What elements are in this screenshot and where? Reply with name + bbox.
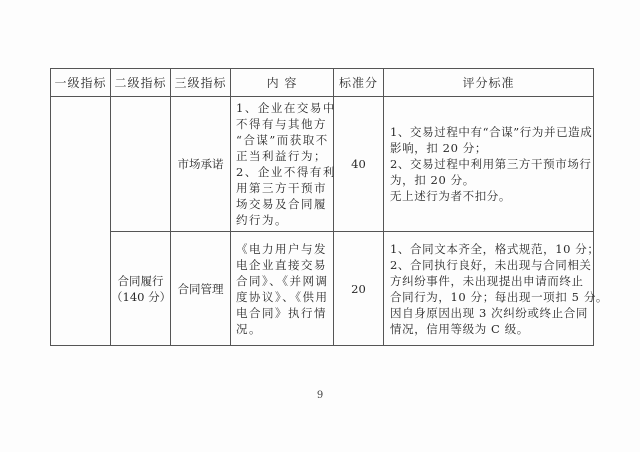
criteria-line: 2、合同执行良好，未出现与合同相关	[390, 257, 589, 273]
header-standard-score: 标准分	[334, 69, 384, 97]
content-cell: 1、企业在交易中 不得有与其他方 “合谋”而获取不 正当利益行为； 2、企业不得…	[231, 97, 334, 232]
level2-points: （140 分）	[111, 289, 170, 305]
table-header-row: 一级指标 二级指标 三级指标 内 容 标准分 评分标准	[51, 69, 594, 97]
content-line: 况。	[236, 321, 329, 337]
header-content: 内 容	[231, 69, 334, 97]
content-line: 《电力用户与发	[236, 241, 329, 257]
content-line: 电企业直接交易	[236, 257, 329, 273]
content-line: 场交易及合同履	[236, 196, 329, 212]
criteria-line: 为，扣 20 分。	[390, 172, 589, 188]
criteria-line: 1、交易过程中有“合谋”行为并已造成	[390, 124, 589, 140]
scoring-criteria-table: 一级指标 二级指标 三级指标 内 容 标准分 评分标准 市场承诺 1、企业在交易…	[50, 68, 594, 346]
content-line: “合谋”而获取不	[236, 132, 329, 148]
content-line: 不得有与其他方	[236, 116, 329, 132]
header-level2-indicator: 二级指标	[111, 69, 171, 97]
content-line: 合同》、《并网调	[236, 273, 329, 289]
header-level1-indicator: 一级指标	[51, 69, 111, 97]
criteria-line: 方纠纷事件，未出现提出申请而终止	[390, 273, 589, 289]
criteria-line: 无上述行为者不扣分。	[390, 188, 589, 204]
level2-cell-contract-performance: 合同履行 （140 分）	[111, 232, 171, 346]
criteria-cell: 1、合同文本齐全，格式规范，10 分； 2、合同执行良好，未出现与合同相关 方纠…	[384, 232, 594, 346]
content-cell: 《电力用户与发 电企业直接交易 合同》、《并网调 度协议》、《供用 电合同》执行…	[231, 232, 334, 346]
level2-label: 合同履行	[111, 273, 170, 289]
content-line: 正当利益行为；	[236, 148, 329, 164]
content-line: 用第三方干预市	[236, 180, 329, 196]
criteria-line: 合同行为，10 分；每出现一项扣 5 分。	[390, 289, 589, 305]
content-line: 2、企业不得有利	[236, 164, 329, 180]
level3-cell-contract-management: 合同管理	[171, 232, 231, 346]
content-line: 电合同》执行情	[236, 305, 329, 321]
document-page: 一级指标 二级指标 三级指标 内 容 标准分 评分标准 市场承诺 1、企业在交易…	[0, 0, 640, 452]
criteria-line: 1、合同文本齐全，格式规范，10 分；	[390, 241, 589, 257]
level1-cell	[51, 97, 111, 346]
content-line: 1、企业在交易中	[236, 100, 329, 116]
criteria-line: 2、交易过程中利用第三方干预市场行	[390, 156, 589, 172]
content-line: 度协议》、《供用	[236, 289, 329, 305]
content-line: 约行为。	[236, 212, 329, 228]
table-row: 合同履行 （140 分） 合同管理 《电力用户与发 电企业直接交易 合同》、《并…	[51, 232, 594, 346]
table-row: 市场承诺 1、企业在交易中 不得有与其他方 “合谋”而获取不 正当利益行为； 2…	[51, 97, 594, 232]
criteria-cell: 1、交易过程中有“合谋”行为并已造成 影响，扣 20 分； 2、交易过程中利用第…	[384, 97, 594, 232]
page-number: 9	[0, 390, 640, 401]
criteria-line: 情况，信用等级为 C 级。	[390, 321, 589, 337]
criteria-line: 因自身原因出现 3 次纠纷或终止合同	[390, 305, 589, 321]
standard-score-cell: 40	[334, 97, 384, 232]
criteria-line: 影响，扣 20 分；	[390, 140, 589, 156]
standard-score-cell: 20	[334, 232, 384, 346]
level3-cell-market-commitment: 市场承诺	[171, 97, 231, 232]
header-level3-indicator: 三级指标	[171, 69, 231, 97]
header-scoring-criteria: 评分标准	[384, 69, 594, 97]
level2-cell	[111, 97, 171, 232]
